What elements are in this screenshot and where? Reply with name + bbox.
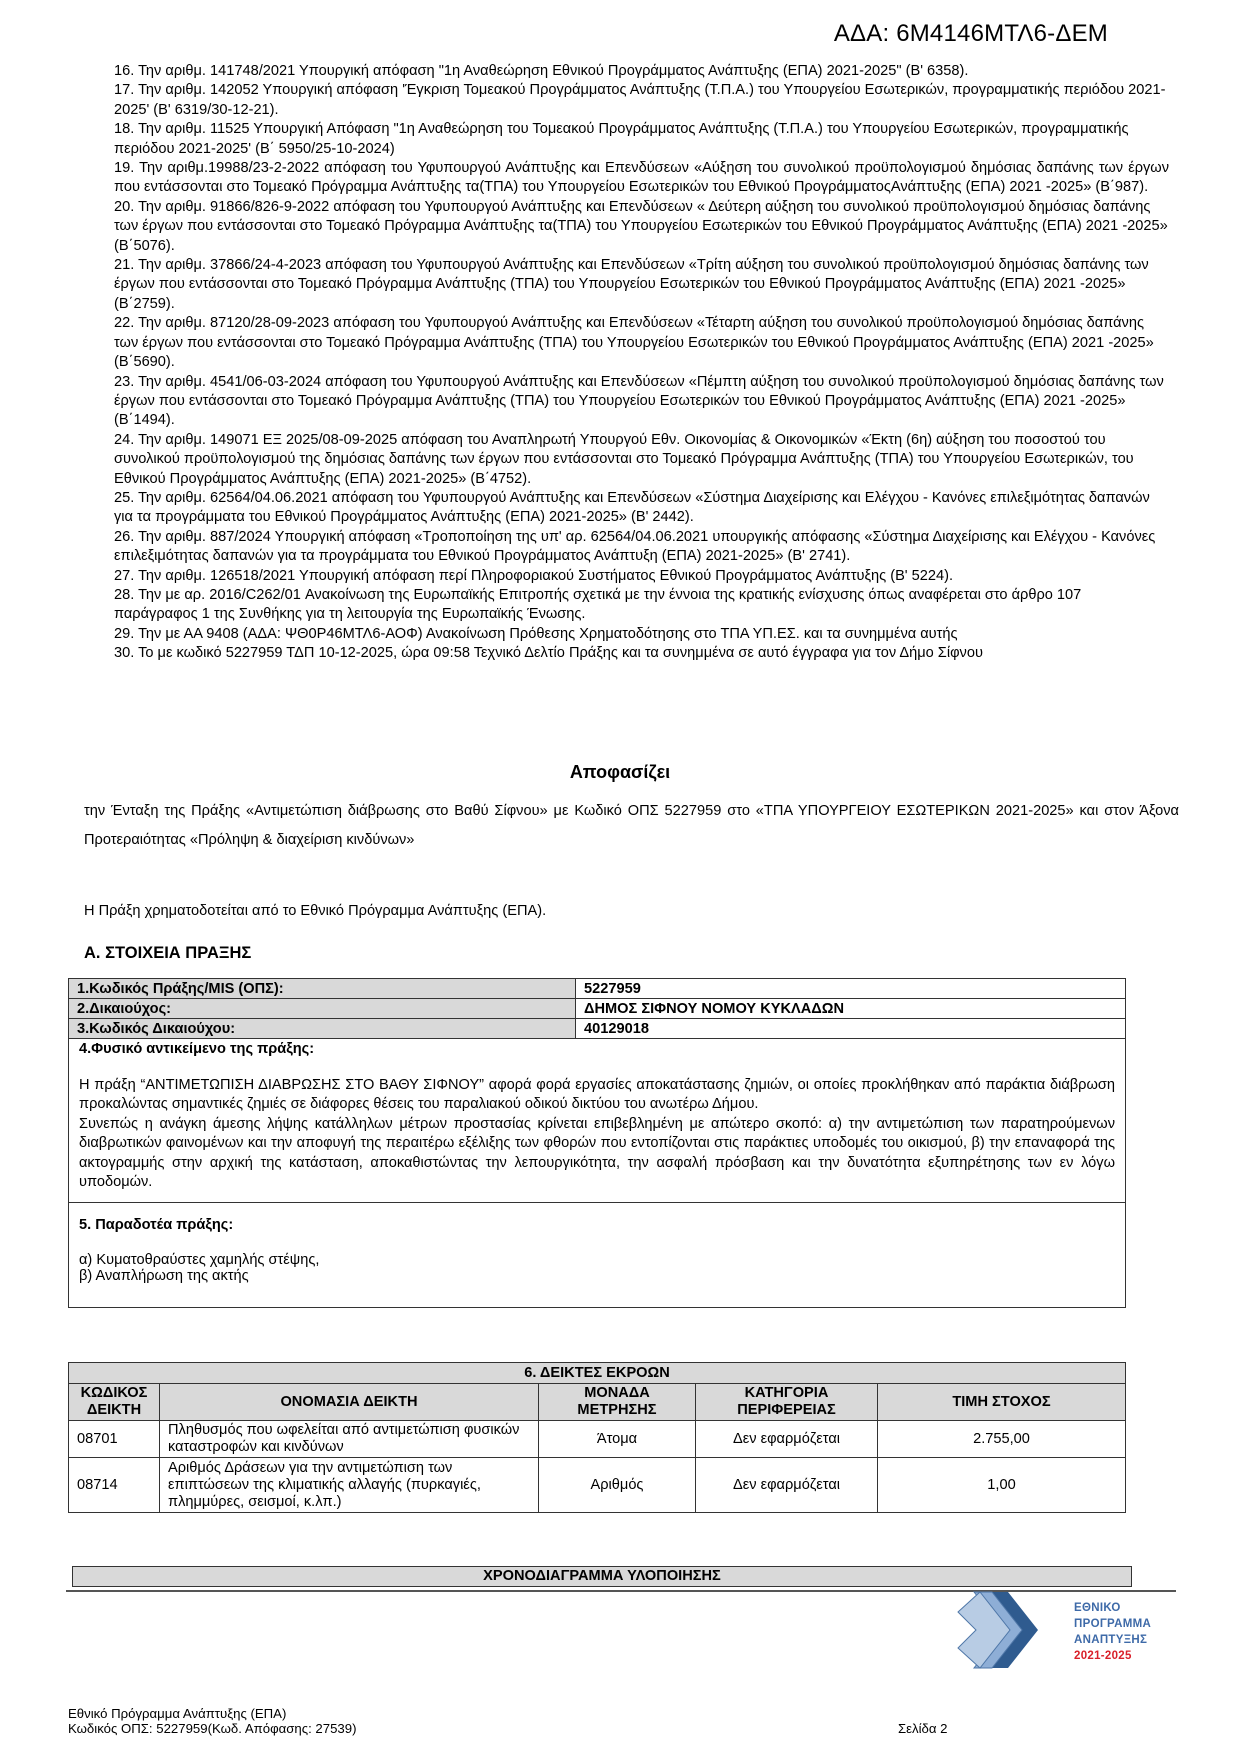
column-header: ΚΩΔΙΚΟΣ ΔΕΙΚΤΗ <box>69 1384 160 1421</box>
reference-item: 21. Την αριθμ. 37866/24-4-2023 απόφαση τ… <box>114 256 1169 314</box>
logo-line: ΑΝΑΠΤΥΞΗΣ <box>1074 1632 1151 1648</box>
reference-item: 25. Την αριθμ. 62564/04.06.2021 απόφαση … <box>114 489 1169 528</box>
reference-item: 24. Την αριθμ. 149071 ΕΞ 2025/08-09-2025… <box>114 431 1169 489</box>
indicator-name: Πληθυσμός που ωφελείται από αντιμετώπιση… <box>160 1421 539 1458</box>
epa-logo-text: ΕΘΝΙΚΟ ΠΡΟΓΡΑΜΜΑ ΑΝΑΠΤΥΞΗΣ 2021-2025 <box>1074 1600 1151 1664</box>
value-cell: 5227959 <box>576 979 1126 999</box>
table-title-row: 6. ΔΕΙΚΤΕΣ ΕΚΡΟΩΝ <box>69 1363 1126 1384</box>
indicator-code: 08701 <box>69 1421 160 1458</box>
logo-line: ΕΘΝΙΚΟ <box>1074 1600 1151 1616</box>
deliverable-item: α) Κυματοθραύστες χαμηλής στέψης, <box>79 1252 1115 1268</box>
reference-item: 29. Την με ΑΑ 9408 (ΑΔΑ: ΨΘ0Ρ46ΜΤΛ6-ΑΟΦ)… <box>114 625 1169 644</box>
indicator-region-category: Δεν εφαρμόζεται <box>696 1458 878 1513</box>
logo-line: ΠΡΟΓΡΑΜΜΑ <box>1074 1616 1151 1632</box>
deliverable-item: β) Αναπλήρωση της ακτής <box>79 1268 1115 1284</box>
footer-info: Εθνικό Πρόγραμμα Ανάπτυξης (ΕΠΑ) Κωδικός… <box>68 1706 356 1736</box>
page-number: Σελίδα 2 <box>898 1721 948 1736</box>
label-cell: 1.Κωδικός Πράξης/MIS (ΟΠΣ): <box>69 979 576 999</box>
deliverables-title: 5. Παραδοτέα πράξης: <box>79 1217 1115 1233</box>
epa-chevrons-logo-icon <box>950 1590 1070 1670</box>
column-header: ΚΑΤΗΓΟΡΙΑ ΠΕΡΙΦΕΡΕΙΑΣ <box>696 1384 878 1421</box>
indicator-name: Αριθμός Δράσεων για την αντιμετώπιση των… <box>160 1458 539 1513</box>
physical-object-text: Η πράξη “ΑΝΤΙΜΕΤΩΠΙΣΗ ΔΙΑΒΡΩΣΗΣ ΣΤΟ ΒΑΘΥ… <box>79 1076 1115 1192</box>
table-row: 08714 Αριθμός Δράσεων για την αντιμετώπι… <box>69 1458 1126 1513</box>
indicator-unit: Άτομα <box>539 1421 696 1458</box>
label-cell: 3.Κωδικός Δικαιούχου: <box>69 1019 576 1039</box>
column-header: ΤΙΜΗ ΣΤΟΧΟΣ <box>878 1384 1126 1421</box>
footer-line: Εθνικό Πρόγραμμα Ανάπτυξης (ΕΠΑ) <box>68 1706 356 1721</box>
reference-item: 18. Την αριθμ. 11525 Υπουργική Απόφαση "… <box>114 120 1169 159</box>
table-row: 5. Παραδοτέα πράξης: α) Κυματοθραύστες χ… <box>69 1203 1126 1308</box>
table-row: 4.Φυσικό αντικείμενο της πράξης: Η πράξη… <box>69 1039 1126 1203</box>
reference-item: 22. Την αριθμ. 87120/28-09-2023 απόφαση … <box>114 314 1169 372</box>
table-row: 1.Κωδικός Πράξης/MIS (ΟΠΣ): 5227959 <box>69 979 1126 999</box>
references-list: 16. Την αριθμ. 141748/2021 Υπουργική από… <box>114 62 1169 664</box>
indicators-title: 6. ΔΕΙΚΤΕΣ ΕΚΡΟΩΝ <box>69 1363 1126 1384</box>
reference-item: 26. Την αριθμ. 887/2024 Υπουργική απόφασ… <box>114 528 1169 567</box>
reference-item: 20. Την αριθμ. 91866/826-9-2022 απόφαση … <box>114 198 1169 256</box>
epa-logo: ΕΘΝΙΚΟ ΠΡΟΓΡΑΜΜΑ ΑΝΑΠΤΥΞΗΣ 2021-2025 <box>950 1590 1170 1680</box>
reference-item: 30. Το με κωδικό 5227959 ΤΔΠ 10-12-2025,… <box>114 644 1169 663</box>
value-cell: ΔΗΜΟΣ ΣΙΦΝΟΥ ΝΟΜΟΥ ΚΥΚΛΑΔΩΝ <box>576 999 1126 1019</box>
label-cell: 2.Δικαιούχος: <box>69 999 576 1019</box>
reference-item: 17. Την αριθμ. 142052 Υπουργική απόφαση … <box>114 81 1169 120</box>
reference-item: 19. Την αριθμ.19988/23-2-2022 απόφαση το… <box>114 159 1169 198</box>
table-row: 3.Κωδικός Δικαιούχου: 40129018 <box>69 1019 1126 1039</box>
paragraph: Συνεπώς η ανάγκη άμεσης λήψης κατάλληλων… <box>79 1115 1115 1193</box>
indicator-code: 08714 <box>69 1458 160 1513</box>
indicator-target: 2.755,00 <box>878 1421 1126 1458</box>
reference-item: 23. Την αριθμ. 4541/06-03-2024 απόφαση τ… <box>114 373 1169 431</box>
column-header: ΜΟΝΑΔΑ ΜΕΤΡΗΣΗΣ <box>539 1384 696 1421</box>
column-header: ΟΝΟΜΑΣΙΑ ΔΕΙΚΤΗ <box>160 1384 539 1421</box>
table-header-row: ΚΩΔΙΚΟΣ ΔΕΙΚΤΗ ΟΝΟΜΑΣΙΑ ΔΕΙΚΤΗ ΜΟΝΑΔΑ ΜΕ… <box>69 1384 1126 1421</box>
table-row: 08701 Πληθυσμός που ωφελείται από αντιμε… <box>69 1421 1126 1458</box>
funding-statement: Η Πράξη χρηματοδοτείται από το Εθνικό Πρ… <box>84 903 546 919</box>
section-a-title: Α. ΣΤΟΙΧΕΙΑ ΠΡΑΞΗΣ <box>84 944 251 963</box>
footer-line: Κωδικός ΟΠΣ: 5227959(Κωδ. Απόφασης: 2753… <box>68 1721 356 1736</box>
indicator-unit: Αριθμός <box>539 1458 696 1513</box>
reference-item: 16. Την αριθμ. 141748/2021 Υπουργική από… <box>114 62 1169 81</box>
logo-line: 2021-2025 <box>1074 1648 1151 1664</box>
table-row: 2.Δικαιούχος: ΔΗΜΟΣ ΣΙΦΝΟΥ ΝΟΜΟΥ ΚΥΚΛΑΔΩ… <box>69 999 1126 1019</box>
reference-item: 28. Την με αρ. 2016/C262/01 Ανακοίνωση τ… <box>114 586 1169 625</box>
physical-object-title: 4.Φυσικό αντικείμενο της πράξης: <box>79 1041 1115 1057</box>
decision-title: Αποφασίζει <box>0 762 1240 783</box>
indicator-region-category: Δεν εφαρμόζεται <box>696 1421 878 1458</box>
reference-item: 27. Την αριθμ. 126518/2021 Υπουργική από… <box>114 567 1169 586</box>
indicator-target: 1,00 <box>878 1458 1126 1513</box>
value-cell: 40129018 <box>576 1019 1126 1039</box>
schedule-header: ΧΡΟΝΟΔΙΑΓΡΑΜΜΑ ΥΛΟΠΟΙΗΣΗΣ <box>72 1566 1132 1587</box>
decision-body: την Ένταξη της Πράξης «Αντιμετώπιση διάβ… <box>84 797 1179 855</box>
deliverables-cell: 5. Παραδοτέα πράξης: α) Κυματοθραύστες χ… <box>69 1203 1126 1308</box>
physical-object-cell: 4.Φυσικό αντικείμενο της πράξης: Η πράξη… <box>69 1039 1126 1203</box>
paragraph: Η πράξη “ΑΝΤΙΜΕΤΩΠΙΣΗ ΔΙΑΒΡΩΣΗΣ ΣΤΟ ΒΑΘΥ… <box>79 1076 1115 1115</box>
output-indicators-table: 6. ΔΕΙΚΤΕΣ ΕΚΡΟΩΝ ΚΩΔΙΚΟΣ ΔΕΙΚΤΗ ΟΝΟΜΑΣΙ… <box>68 1362 1126 1513</box>
project-info-table: 1.Κωδικός Πράξης/MIS (ΟΠΣ): 5227959 2.Δι… <box>68 978 1126 1308</box>
ada-code: ΑΔΑ: 6Μ4146ΜΤΛ6-ΔΕΜ <box>834 20 1108 48</box>
